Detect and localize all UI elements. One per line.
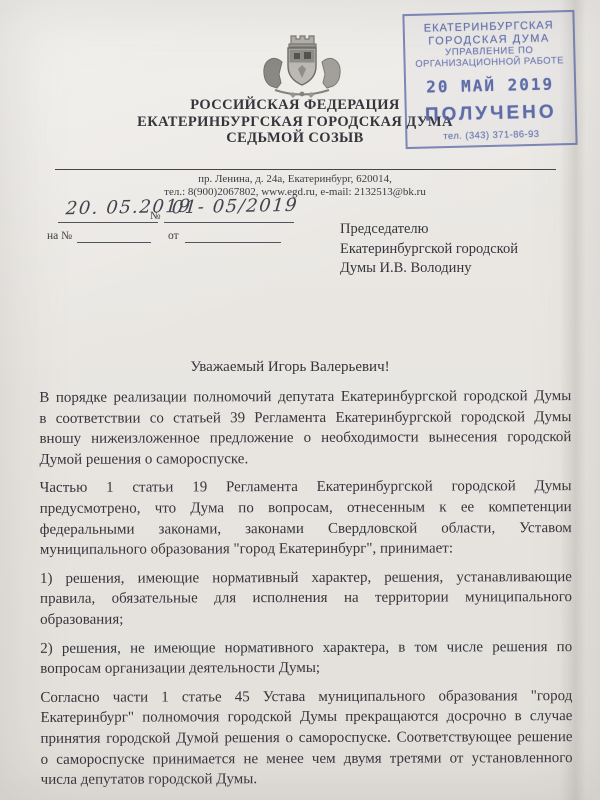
body-paragraph-3: Согласно части 1 статье 45 Устава муници… <box>40 686 572 791</box>
ref-number-underline <box>164 222 294 223</box>
ref-ot-label: от <box>168 230 179 242</box>
stamp-received-label: ПОЛУЧЕНО <box>410 101 572 127</box>
addressee-title: Председателю <box>340 220 518 240</box>
scanned-letter-page: ЕКАТЕРИНБУРГСКАЯ ГОРОДСКАЯ ДУМА УПРАВЛЕН… <box>0 0 600 800</box>
yekaterinburg-coat-of-arms-icon <box>255 32 349 104</box>
letter-body: В порядке реализации полномочий депутата… <box>39 386 572 799</box>
ref-na-label: на № <box>47 230 72 242</box>
body-paragraph-2: Частью 1 статьи 19 Регламента Екатеринбу… <box>40 476 572 560</box>
ref-number-handwritten: 01- 05/2019 <box>171 195 299 219</box>
stamp-phone: тел. (343) 371-86-93 <box>410 128 572 143</box>
body-paragraph-1: В порядке реализации полномочий депутата… <box>39 386 571 470</box>
addressee-name: Думы И.В. Володину <box>340 259 518 279</box>
body-list-item-1: 1) решения, имеющие нормативный характер… <box>40 567 572 631</box>
letterhead-divider <box>55 169 556 170</box>
contact-address: пр. Ленина, д. 24а, Екатеринбург, 620014… <box>0 173 590 186</box>
salutation: Уважаемый Игорь Валерьевич! <box>0 359 580 376</box>
body-list-item-2: 2) решения, не имеющие нормативного хара… <box>40 637 572 680</box>
ref-number-sign: № <box>150 210 161 222</box>
ref-date-underline <box>58 222 158 223</box>
ref-ot-underline <box>185 242 281 243</box>
ref-na-underline <box>77 242 151 243</box>
addressee-block: Председателю Екатеринбургской городской … <box>340 220 518 279</box>
received-stamp-frame: ЕКАТЕРИНБУРГСКАЯ ГОРОДСКАЯ ДУМА УПРАВЛЕН… <box>402 10 577 149</box>
received-stamp: ЕКАТЕРИНБУРГСКАЯ ГОРОДСКАЯ ДУМА УПРАВЛЕН… <box>402 10 577 149</box>
addressee-organization: Екатеринбургской городской <box>340 240 518 260</box>
stamp-date: 20 МАЙ 2019 <box>409 74 571 97</box>
